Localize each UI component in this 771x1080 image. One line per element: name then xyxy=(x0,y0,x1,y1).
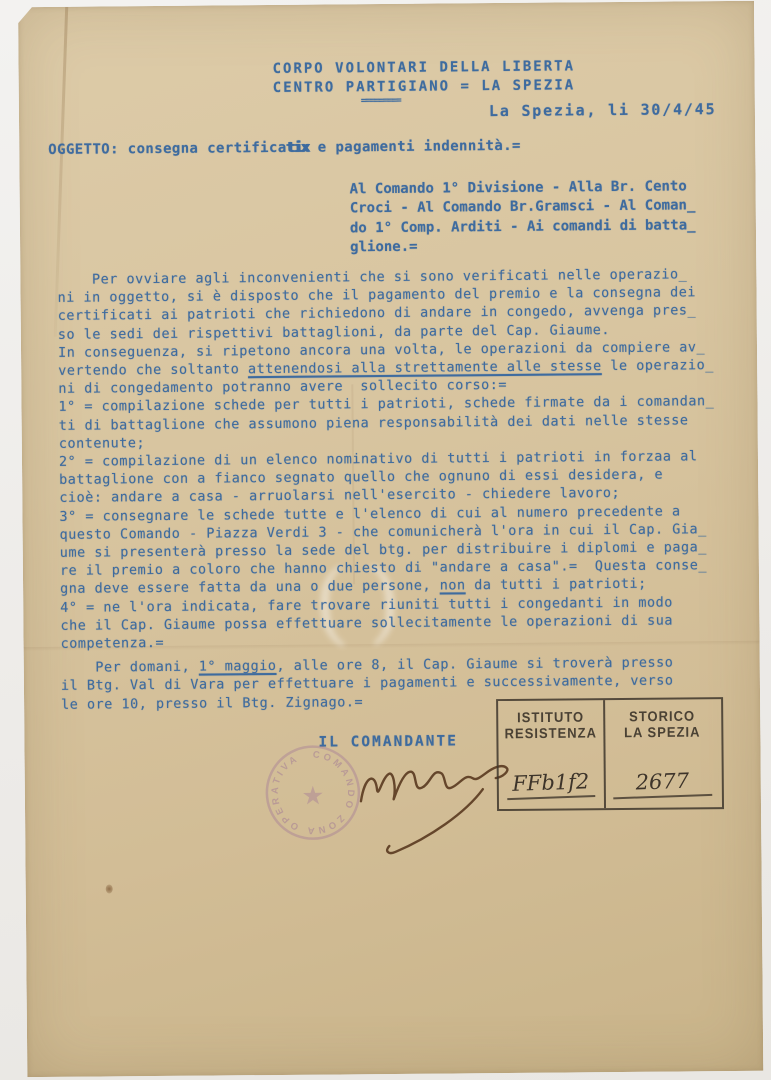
text-segment: attenendosi alla strettamente alle stess… xyxy=(248,358,602,377)
text-segment: OGGETTO: consegna certifica xyxy=(48,140,287,158)
letterhead-underline-marks: ========= xyxy=(361,96,401,106)
star-icon: ★ xyxy=(302,773,324,814)
letterhead-line1: CORPO VOLONTARI DELLA LIBERTA xyxy=(272,58,575,77)
stamp-label: LA SPEZIA xyxy=(624,724,701,742)
text-segment: non xyxy=(440,578,466,594)
stamp-cell-right: STORICO LA SPEZIA 2677 xyxy=(603,699,722,808)
text-segment: gna deve essere fatta da una o due perso… xyxy=(60,578,440,597)
date-line: La Spezia, li 30/4/45 xyxy=(489,100,717,120)
text-segment: , alle ore 8, il Cap. Giaume si troverà … xyxy=(276,655,673,674)
text-segment: tix xyxy=(287,140,309,156)
letter-paper: () CORPO VOLONTARI DELLA LIBERTA CENTRO … xyxy=(18,1,763,1077)
text-segment: vertendo che soltanto xyxy=(58,361,248,379)
archive-reference-handwritten: FFb1f2 xyxy=(507,769,596,800)
text-segment: Per domani, xyxy=(61,659,199,676)
text-segment: contenute; xyxy=(59,435,145,452)
text-segment: da tutti i patrioti; xyxy=(466,576,647,594)
text-segment: le operazio_ xyxy=(602,357,714,374)
recipient-line: glione.= xyxy=(350,236,696,258)
round-stamp: COMANDO ZONA OPERATIVA ★ xyxy=(258,738,367,847)
recipients-block: Al Comando 1° Divisione - Alla Br. Cento… xyxy=(350,177,696,258)
archive-stamp-box: ISTITUTO RESISTENZA FFb1f2 STORICO LA SP… xyxy=(496,697,724,811)
stamp-label: RESISTENZA xyxy=(505,725,597,743)
archive-number-handwritten: 2677 xyxy=(613,768,713,799)
scanned-document-page: { "document": { "header": { "line1": "CO… xyxy=(0,0,771,1080)
text-segment: le ore 10, presso il Btg. Zignago.= xyxy=(61,694,363,713)
recipient-line: do 1° Comp. Arditi - Ai comandi di batta… xyxy=(350,216,696,238)
text-segment: competenza.= xyxy=(61,635,165,652)
stamp-cell-left: ISTITUTO RESISTENZA FFb1f2 xyxy=(498,700,604,809)
body-text: Per ovviare agli inconvenienti che si so… xyxy=(57,265,741,714)
text-segment: 1° maggio xyxy=(199,658,277,675)
subject-line: OGGETTO: consegna certificatix e pagamen… xyxy=(48,138,521,158)
paper-stain xyxy=(106,884,113,893)
letterhead-line2: CENTRO PARTIGIANO = LA SPEZIA xyxy=(273,77,576,96)
text-segment: e pagamenti indennità.= xyxy=(309,138,521,156)
